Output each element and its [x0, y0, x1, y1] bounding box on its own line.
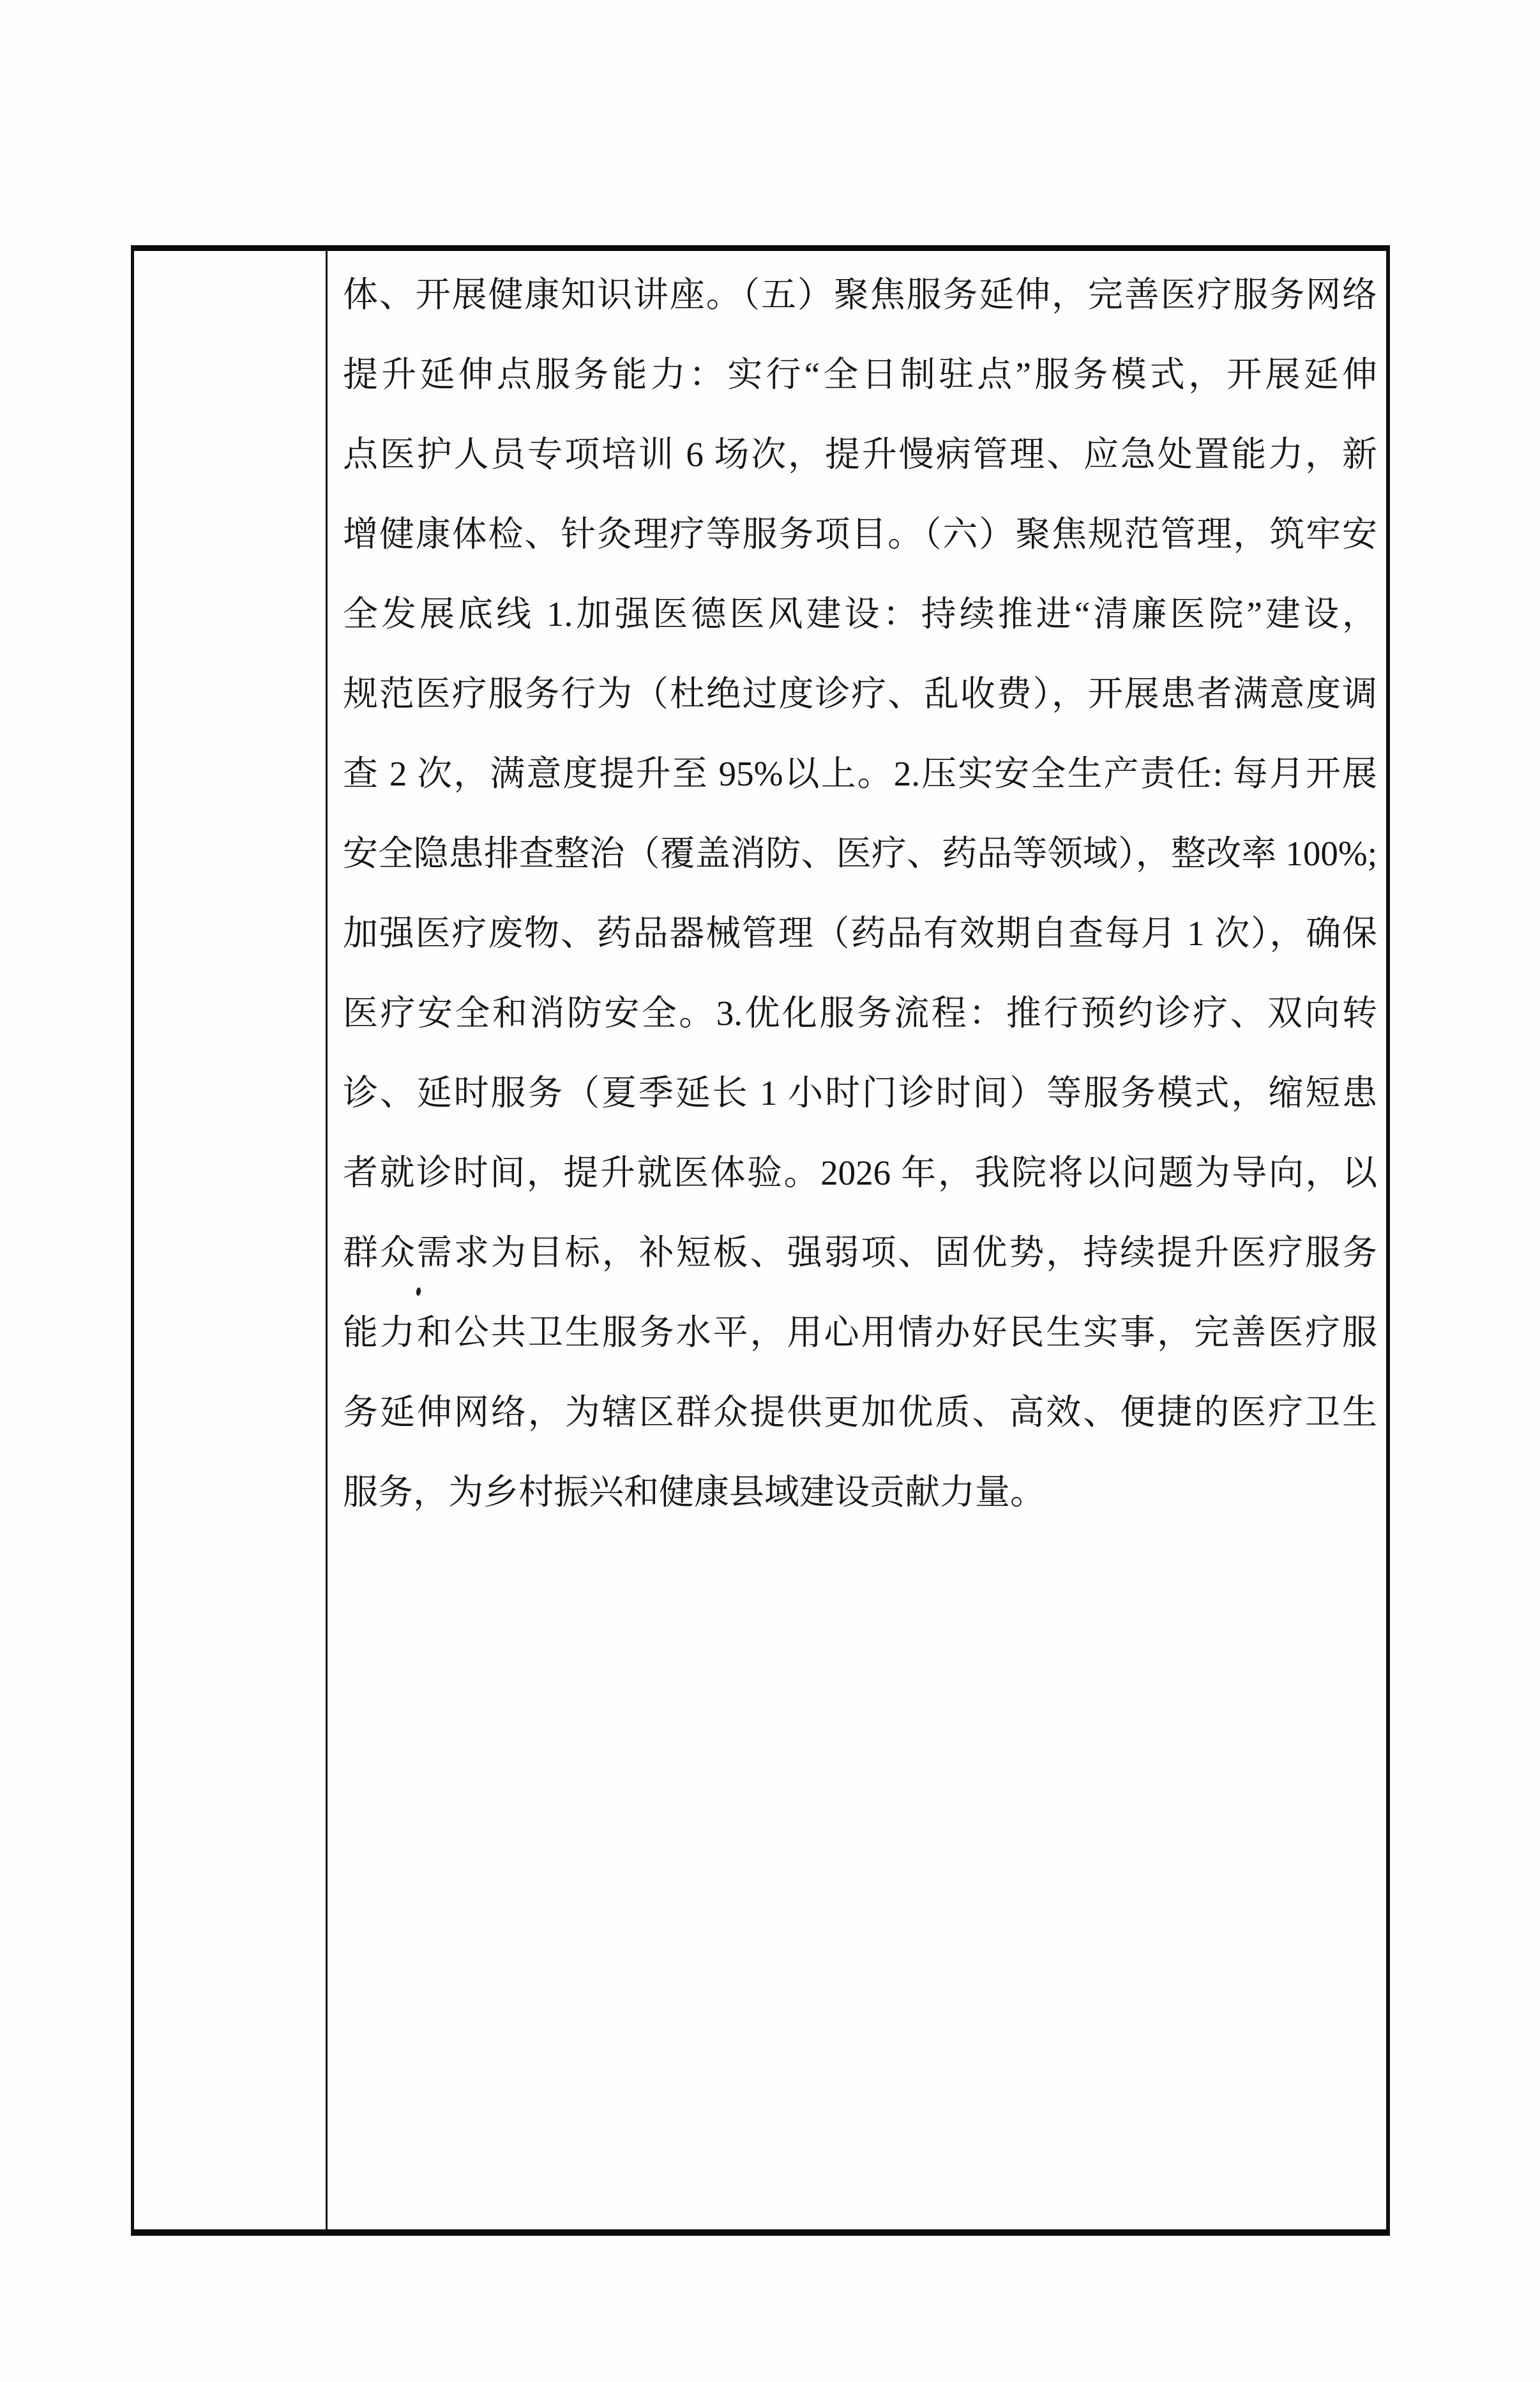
text-line: 体、开展健康知识讲座。（五）聚焦服务延伸，完善医疗服务网络	[343, 255, 1377, 335]
text-line: 规范医疗服务行为（杜绝过度诊疗、乱收费），开展患者满意度调	[343, 654, 1377, 734]
text-line: 提升延伸点服务能力：实行“全日制驻点”服务模式，开展延伸	[343, 335, 1377, 414]
table-content-cell: 体、开展健康知识讲座。（五）聚焦服务延伸，完善医疗服务网络提升延伸点服务能力：实…	[328, 251, 1386, 2229]
scanned-document-page: 体、开展健康知识讲座。（五）聚焦服务延伸，完善医疗服务网络提升延伸点服务能力：实…	[0, 0, 1540, 2382]
text-line: 全发展底线 1.加强医德医风建设：持续推进“清廉医院”建设，	[343, 574, 1377, 654]
text-line: 务延伸网络，为辖区群众提供更加优质、高效、便捷的医疗卫生	[343, 1372, 1377, 1452]
text-line: 医疗安全和消防安全。3.优化服务流程：推行预约诊疗、双向转	[343, 973, 1377, 1053]
text-line: 能力和公共卫生服务水平，用心用情办好民生实事，完善医疗服	[343, 1293, 1377, 1372]
text-line: 点医护人员专项培训 6 场次，提升慢病管理、应急处置能力，新	[343, 414, 1377, 494]
text-line: 者就诊时间，提升就医体验。2026 年，我院将以问题为导向，以	[343, 1133, 1377, 1213]
text-line: 加强医疗废物、药品器械管理（药品有效期自查每月 1 次），确保	[343, 893, 1377, 973]
text-line: 服务，为乡村振兴和健康县域建设贡献力量。	[343, 1452, 1377, 1532]
table-left-cell	[134, 251, 328, 2229]
text-line: 安全隐患排查整治（覆盖消防、医疗、药品等领域），整改率 100%;	[343, 814, 1377, 893]
text-line: 查 2 次，满意度提升至 95%以上。2.压实安全生产责任: 每月开展	[343, 734, 1377, 814]
text-line: 诊、延时服务（夏季延长 1 小时门诊时间）等服务模式，缩短患	[343, 1053, 1377, 1133]
text-line: 增健康体检、针灸理疗等服务项目。（六）聚焦规范管理，筑牢安	[343, 494, 1377, 574]
text-line: 群众需求为目标，补短板、强弱项、固优势，持续提升医疗服务	[343, 1213, 1377, 1293]
document-table: 体、开展健康知识讲座。（五）聚焦服务延伸，完善医疗服务网络提升延伸点服务能力：实…	[131, 245, 1390, 2236]
